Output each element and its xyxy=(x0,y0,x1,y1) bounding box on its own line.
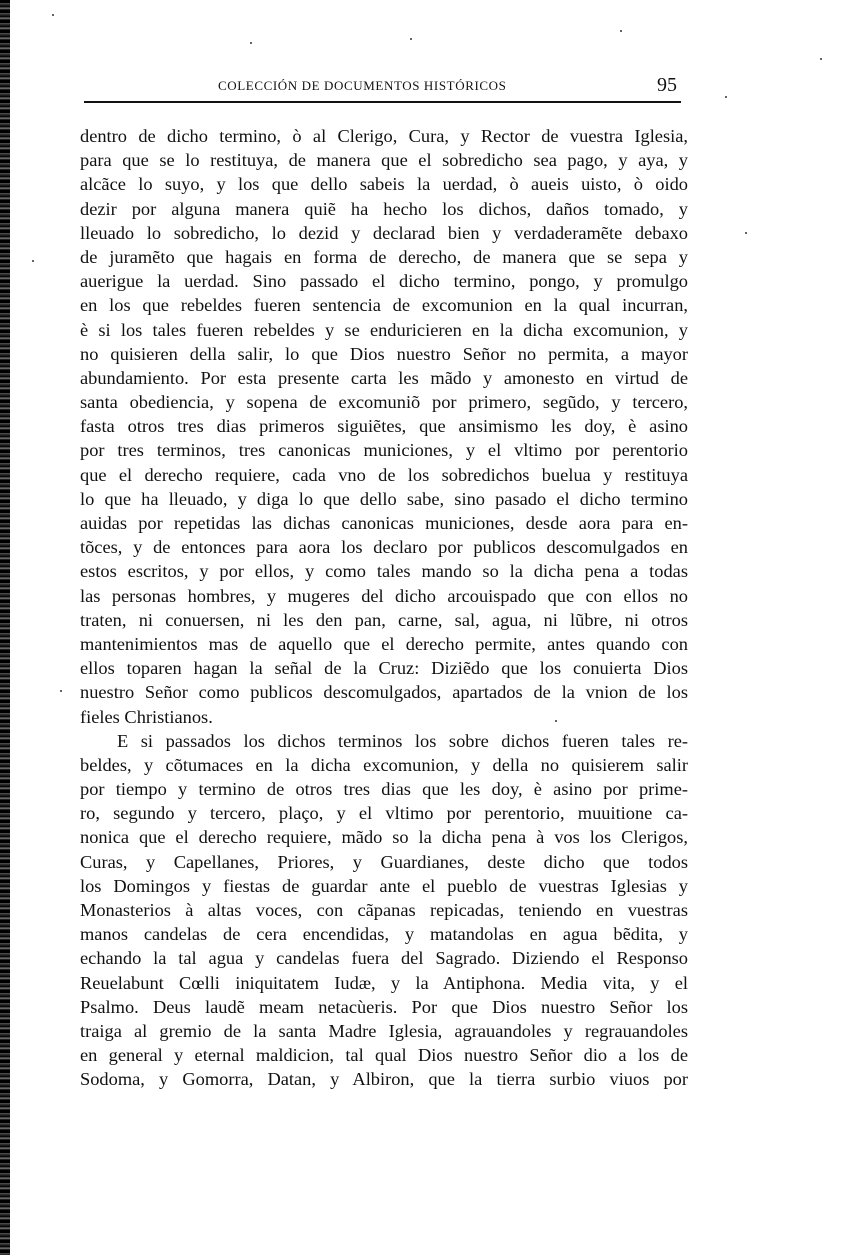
text-line: E si passados los dichos terminos los so… xyxy=(80,729,688,753)
text-line: echando la tal agua y candelas fuera del… xyxy=(80,946,688,970)
text-line: mantenimientos mas de aquello que el der… xyxy=(80,632,688,656)
text-line: santa obediencia, y sopena de excomuniõ … xyxy=(80,390,688,414)
text-line: lo que ha lleuado, y diga lo que dello s… xyxy=(80,487,688,511)
text-line: nonica que el derecho requiere, mãdo so … xyxy=(80,825,688,849)
text-line: traten, ni conuersen, ni les den pan, ca… xyxy=(80,608,688,632)
text-line: ellos toparen hagan la señal de la Cruz:… xyxy=(80,656,688,680)
text-line: ro, segundo y tercero, plaço, y el vltim… xyxy=(80,801,688,825)
text-line: Reuelabunt Cœlli iniquitatem Iudæ, y la … xyxy=(80,971,688,995)
text-line: Monasterios à altas voces, con cãpanas r… xyxy=(80,898,688,922)
paragraph: dentro de dicho termino, ò al Clerigo, C… xyxy=(80,124,688,729)
text-line: Psalmo. Deus laudẽ meam netacùeris. Por … xyxy=(80,995,688,1019)
text-line: dentro de dicho termino, ò al Clerigo, C… xyxy=(80,124,688,148)
text-line: fieles Christianos. xyxy=(80,705,688,729)
running-header: COLECCIÓN DE DOCUMENTOS HISTÓRICOS 95 xyxy=(80,72,683,102)
header-rule xyxy=(84,101,681,103)
text-line: tõces, y de entonces para aora los decla… xyxy=(80,535,688,559)
text-line: los Domingos y fiestas de guardar ante e… xyxy=(80,874,688,898)
page-number: 95 xyxy=(657,74,677,97)
text-line: las personas hombres, y mugeres del dich… xyxy=(80,584,688,608)
scan-speck xyxy=(745,232,747,234)
text-line: Sodoma, y Gomorra, Datan, y Albiron, que… xyxy=(80,1067,688,1091)
scan-speck xyxy=(52,14,54,16)
text-line: auerigue la uerdad. Sino passado el dich… xyxy=(80,269,688,293)
text-line: en los que rebeldes fueren sentencia de … xyxy=(80,293,688,317)
text-line: manos candelas de cera encendidas, y mat… xyxy=(80,922,688,946)
text-line: de juramẽto que hagais en forma de derec… xyxy=(80,245,688,269)
scan-speck xyxy=(410,38,412,40)
scan-border xyxy=(0,0,10,1255)
body-text: dentro de dicho termino, ò al Clerigo, C… xyxy=(80,124,688,1092)
text-line: por tiempo y termino de otros tres dias … xyxy=(80,777,688,801)
text-line: abundamiento. Por esta presente carta le… xyxy=(80,366,688,390)
text-line: lleuado lo sobredicho, lo dezid y declar… xyxy=(80,221,688,245)
text-line: fasta otros tres dias primeros siguiẽtes… xyxy=(80,414,688,438)
text-line: en general y eternal maldicion, tal qual… xyxy=(80,1043,688,1067)
scan-speck xyxy=(32,260,34,262)
text-line: alcãce lo suyo, y los que dello sabeis l… xyxy=(80,172,688,196)
text-line: beldes, y cõtumaces en la dicha excomuni… xyxy=(80,753,688,777)
scan-speck xyxy=(620,30,622,32)
text-line: dezir por alguna manera quiẽ ha hecho lo… xyxy=(80,197,688,221)
scan-speck xyxy=(250,42,252,44)
text-line: estos escritos, y por ellos, y como tale… xyxy=(80,559,688,583)
text-line: que el derecho requiere, cada vno de los… xyxy=(80,463,688,487)
text-line: auidas por repetidas las dichas canonica… xyxy=(80,511,688,535)
text-line: por tres terminos, tres canonicas munici… xyxy=(80,438,688,462)
running-title: COLECCIÓN DE DOCUMENTOS HISTÓRICOS xyxy=(218,78,506,94)
text-line: traiga al gremio de la santa Madre Igles… xyxy=(80,1019,688,1043)
text-line: nuestro Señor como publicos descomulgado… xyxy=(80,680,688,704)
scan-speck xyxy=(820,58,822,60)
text-line: para que se lo restituya, de manera que … xyxy=(80,148,688,172)
text-line: Curas, y Capellanes, Priores, y Guardian… xyxy=(80,850,688,874)
scan-speck xyxy=(725,96,727,98)
paragraph: E si passados los dichos terminos los so… xyxy=(80,729,688,1092)
text-line: è si los tales fueren rebeldes y se endu… xyxy=(80,318,688,342)
scan-speck xyxy=(60,690,62,692)
text-line: no quisieren della salir, lo que Dios nu… xyxy=(80,342,688,366)
